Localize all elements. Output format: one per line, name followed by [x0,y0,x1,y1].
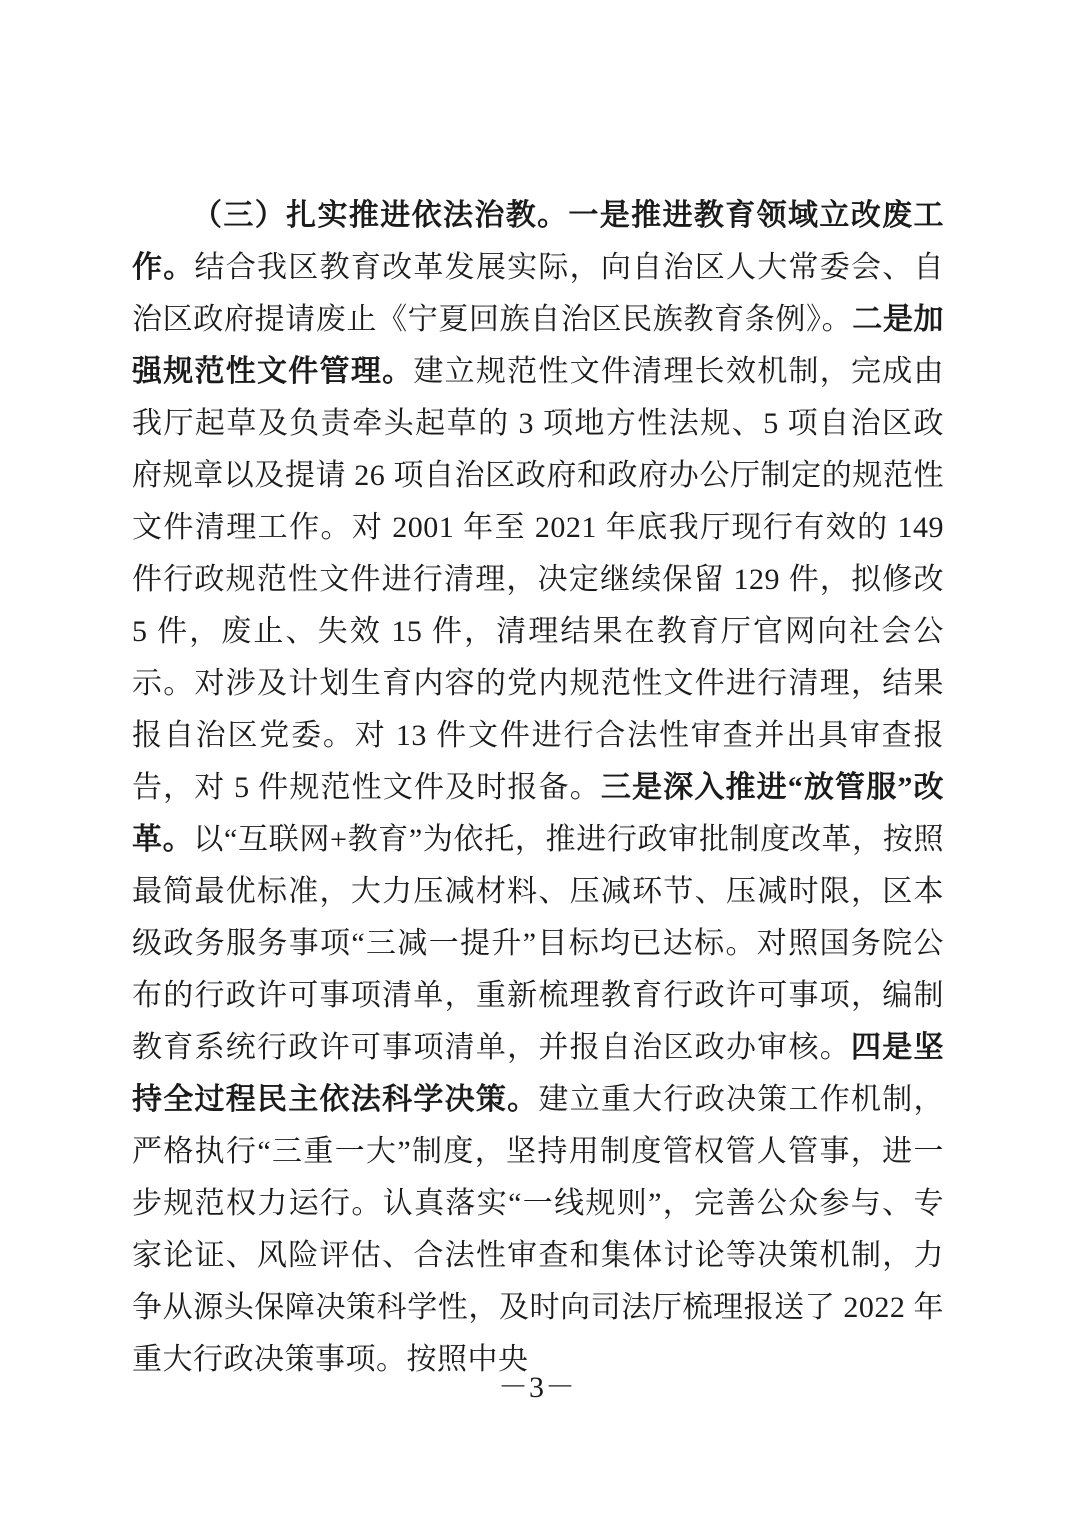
page-number: －3－ [0,1370,1074,1406]
text-run: 以“互联网+教育”为依托，推进行政审批制度改革，按照最简最优标准，大力压减材料、… [132,823,944,1064]
document-page: （三）扎实推进依法治教。一是推进教育领域立改废工作。结合我区教育改革发展实际，向… [0,0,1074,1520]
text-run: 结合我区教育改革发展实际，向自治区人大常委会、自治区政府提请废止《宁夏回族自治区… [132,251,944,336]
text-run: 建立规范性文件清理长效机制，完成由我厅起草及负责牵头起草的 3 项地方性法规、5… [132,355,944,804]
report-paragraph: （三）扎实推进依法治教。一是推进教育领域立改废工作。结合我区教育改革发展实际，向… [132,190,944,1386]
text-run: 建立重大行政决策工作机制，严格执行“三重一大”制度，坚持用制度管权管人管事，进一… [132,1083,944,1376]
